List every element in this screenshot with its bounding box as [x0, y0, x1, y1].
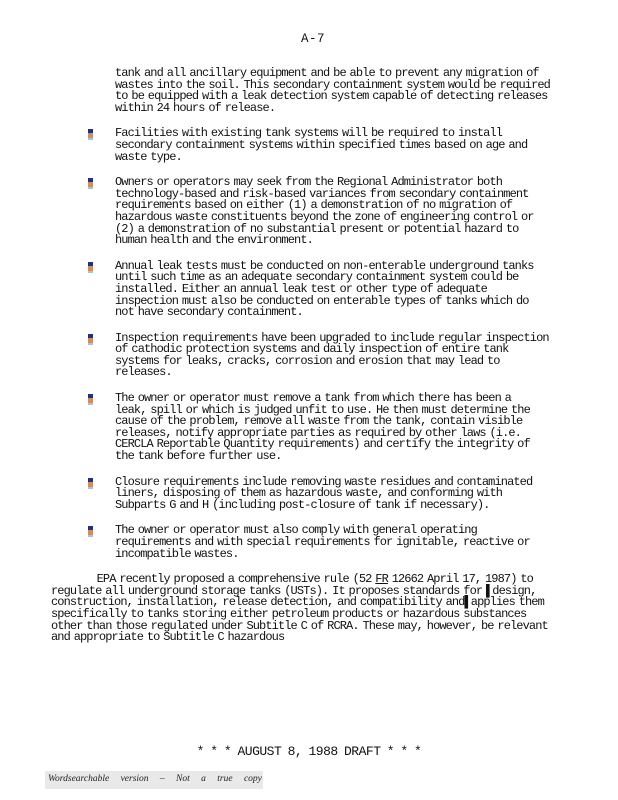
text-line: incompatible wastes. — [115, 549, 575, 561]
bullet-icon — [88, 262, 93, 273]
text-line: human health and the environment. — [115, 235, 575, 247]
text-line: not have secondary containment. — [115, 307, 575, 319]
text-line: and appropriate to Subtitle C hazardous — [51, 632, 575, 644]
bullet-icon — [88, 334, 93, 345]
text-line: Subparts G and H (including post-closure… — [115, 500, 575, 512]
paragraph: EPA recently proposed a comprehensive ru… — [51, 574, 575, 644]
bullet-paragraph: Closure requirements include removing wa… — [115, 477, 575, 512]
page-number-heading: A-7 — [51, 32, 575, 46]
bullet-paragraph: The owner or operator must remove a tank… — [115, 393, 575, 463]
text-line: the tank before further use. — [115, 451, 575, 463]
bullet-paragraph: Inspection requirements have been upgrad… — [115, 333, 575, 379]
document-body: tank and all ancillary equipment and be … — [51, 68, 575, 658]
scanned-document-page: A-7 tank and all ancillary equipment and… — [0, 0, 618, 800]
text-line: systems for leaks, cracks, corrosion and… — [115, 356, 575, 368]
bullet-icon — [88, 178, 93, 189]
text-line: secondary containment systems within spe… — [115, 140, 575, 152]
bullet-icon — [88, 478, 93, 489]
bullet-icon — [88, 526, 93, 537]
bullet-icon — [88, 129, 93, 140]
footer-stamp-text: Wordsearchable version – Not a true copy — [45, 771, 263, 784]
bullet-paragraph: The owner or operator must also comply w… — [115, 525, 575, 560]
text-line: within 24 hours of release. — [115, 103, 575, 115]
bullet-paragraph: Annual leak tests must be conducted on n… — [115, 261, 575, 319]
footer-stamp-bar: Wordsearchable version – Not a true copy — [45, 771, 263, 789]
bullet-paragraph: Owners or operators may seek from the Re… — [115, 177, 575, 247]
bullet-paragraph: Facilities with existing tank systems wi… — [115, 128, 575, 163]
text-line: waste type. — [115, 152, 575, 164]
text-line: releases. — [115, 367, 575, 379]
bullet-icon — [88, 394, 93, 405]
draft-date-banner: * * * AUGUST 8, 1988 DRAFT * * * — [0, 744, 618, 759]
paragraph: tank and all ancillary equipment and be … — [115, 68, 575, 114]
